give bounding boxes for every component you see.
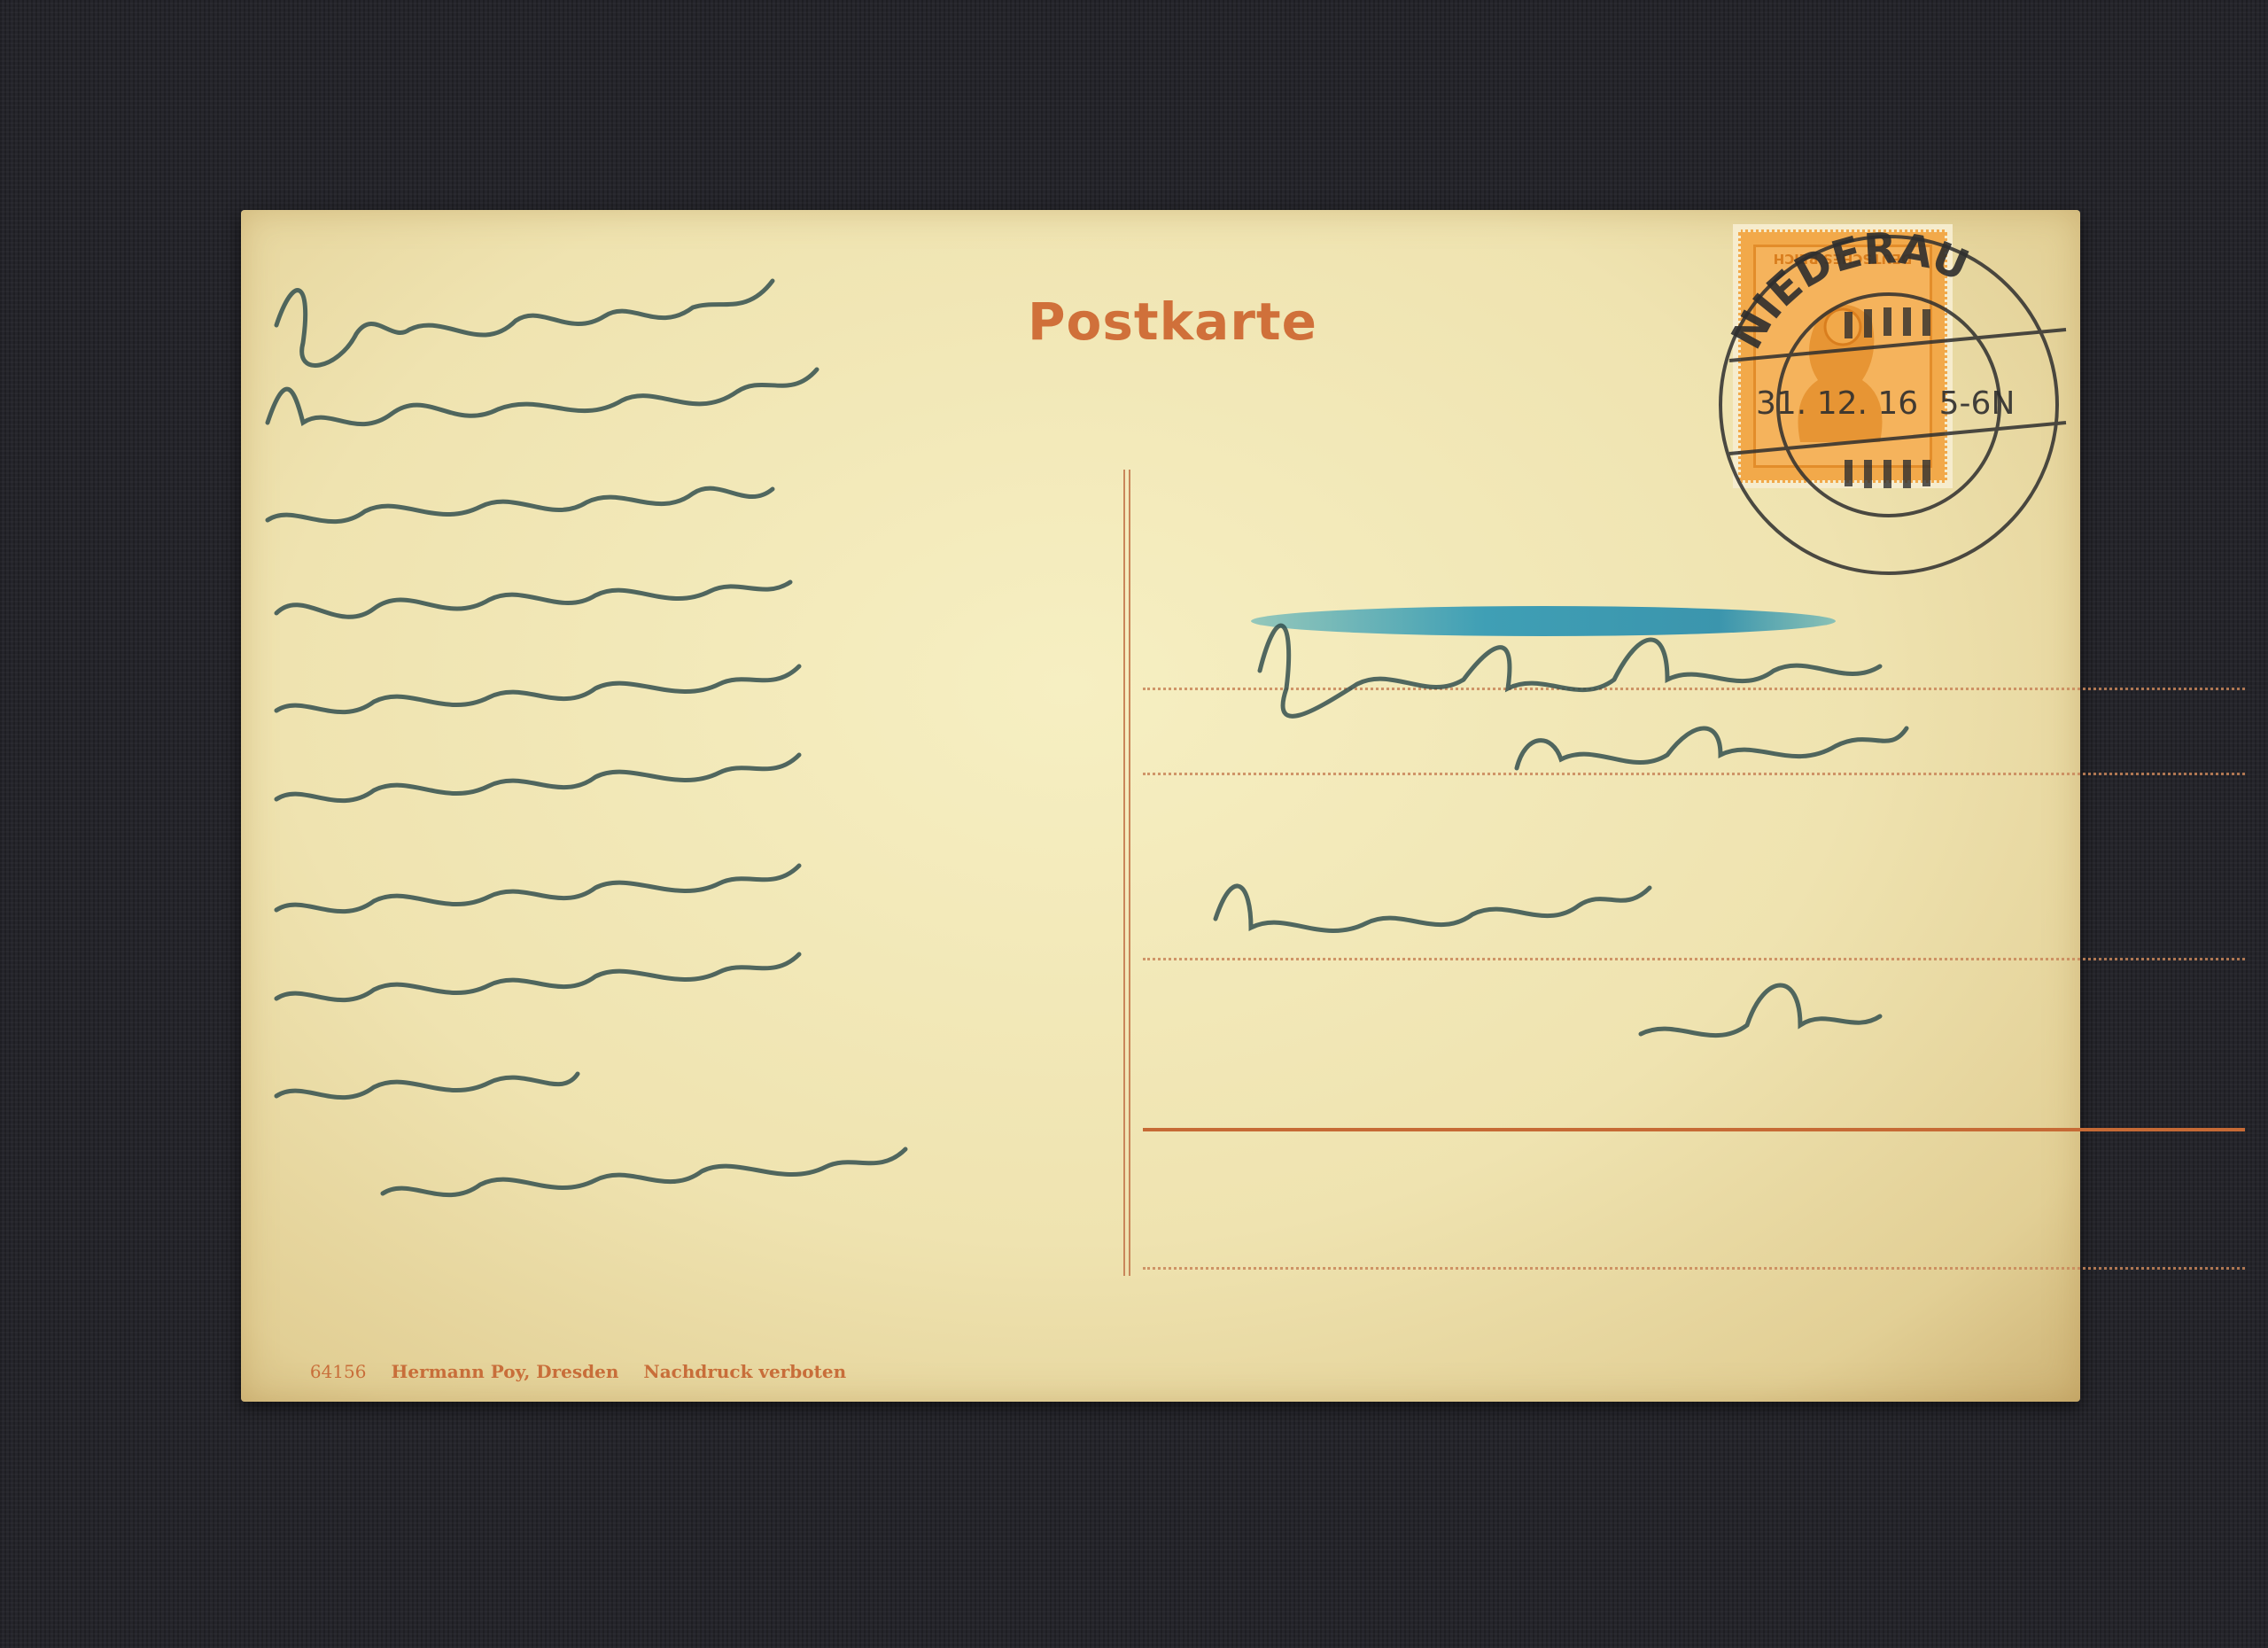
postmark-date: 31. 12. 16 bbox=[1756, 385, 1918, 422]
postcard-title: Postkarte bbox=[1028, 292, 1317, 352]
publisher-imprint: 64156Hermann Poy, DresdenNachdruck verbo… bbox=[285, 1340, 871, 1403]
blue-pencil-strikethrough bbox=[1251, 606, 1836, 636]
address-line bbox=[1143, 1267, 2245, 1270]
divider-line bbox=[1123, 470, 1130, 1276]
svg-text:31. 12. 16 5-6N: 31. 12. 16 5-6N bbox=[1756, 385, 2015, 422]
address-line bbox=[1143, 958, 2245, 960]
postmark-time: 5-6N bbox=[1939, 385, 2016, 422]
card-number: 64156 bbox=[310, 1361, 367, 1382]
copyright-notice: Nachdruck verboten bbox=[643, 1361, 846, 1382]
address-line-solid bbox=[1143, 1128, 2245, 1131]
postmark: NIEDERAU 31. 12. 16 5-6N bbox=[1712, 228, 2084, 600]
publisher-name: Hermann Poy, Dresden bbox=[391, 1361, 618, 1382]
address-line bbox=[1143, 773, 2245, 775]
postcard: Postkarte 64156Hermann Poy, DresdenNachd… bbox=[241, 210, 2080, 1402]
address-line bbox=[1143, 688, 2245, 690]
